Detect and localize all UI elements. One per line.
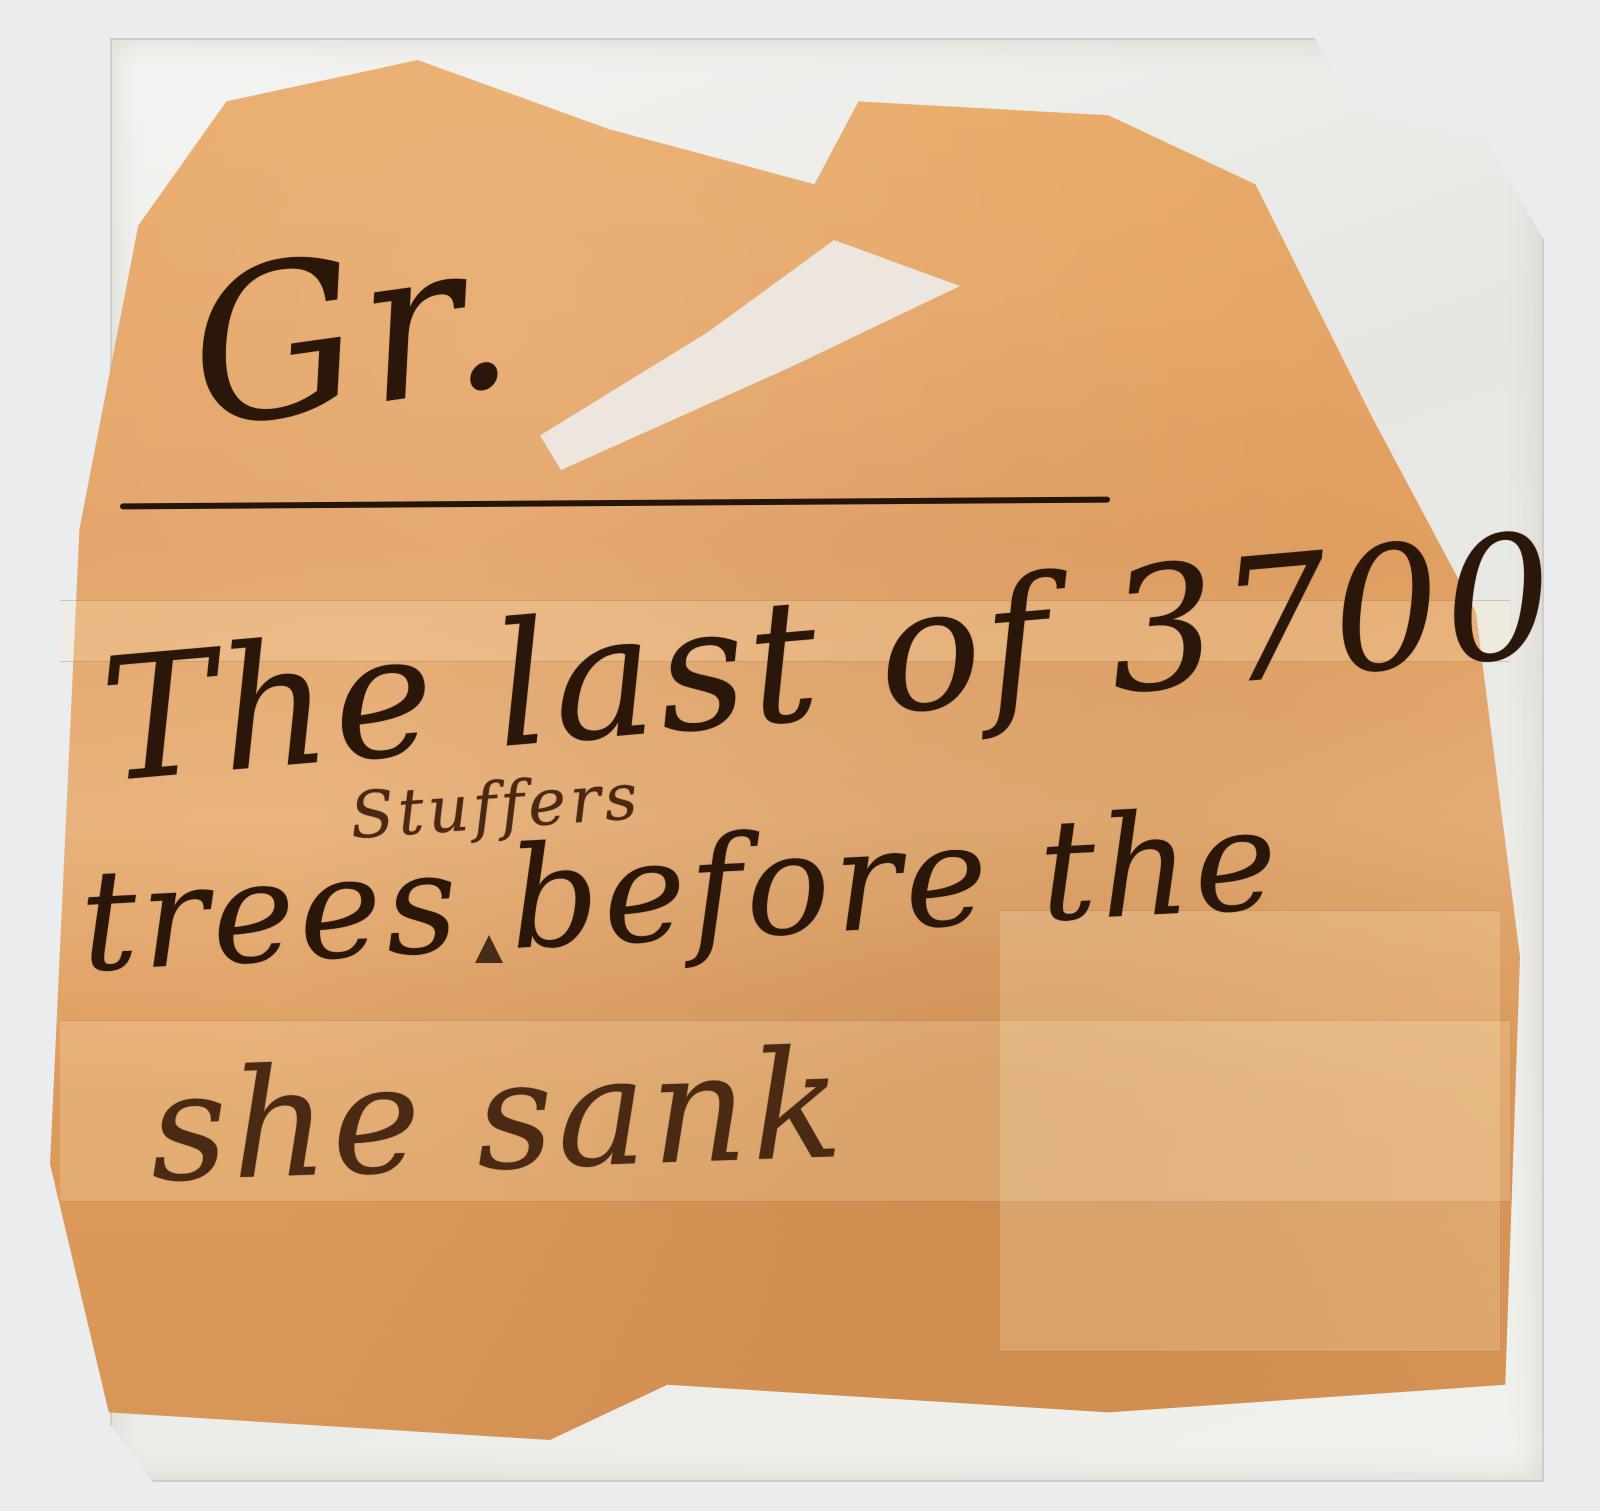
line-3: she sank	[147, 1018, 849, 1216]
heading-mark: Gr.	[175, 189, 530, 477]
tape-strip	[1000, 910, 1500, 1352]
